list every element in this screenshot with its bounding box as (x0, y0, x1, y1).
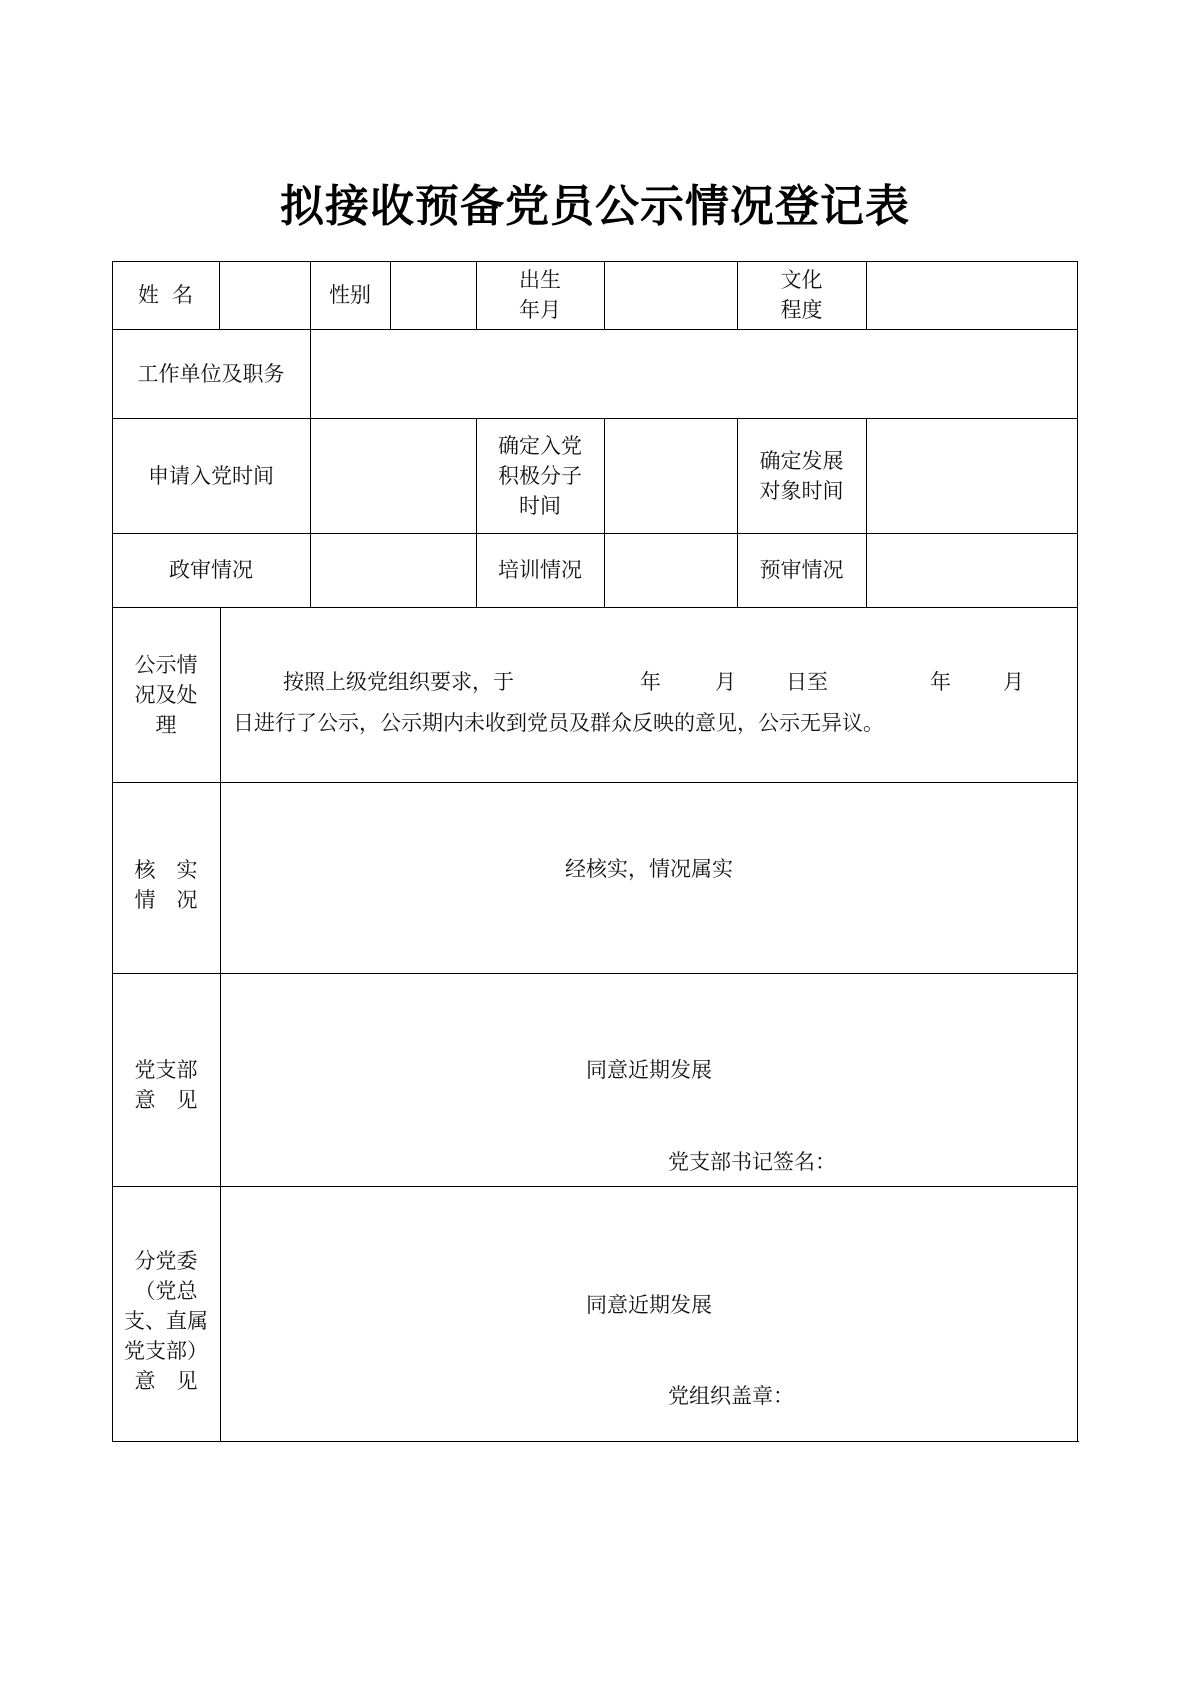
publicity-label-text: 公示情 况及处 理 (135, 650, 198, 740)
publicity-day-to: 日至 (786, 667, 828, 697)
publicity-month2: 月 (1003, 667, 1024, 697)
education-label-text: 文化 程度 (781, 265, 823, 325)
activist-time-label: 确定入党 积极分子 时间 (476, 418, 604, 533)
name-label-text: 姓 名 (138, 280, 193, 310)
workplace-label: 工作单位及职务 (112, 329, 310, 418)
branch-opinion-label: 党支部 意 见 (112, 973, 220, 1186)
publicity-line1-prefix: 按照上级党组织要求，于 (283, 667, 514, 697)
page-title: 拟接收预备党员公示情况登记表 (0, 170, 1190, 234)
publicity-year1: 年 (640, 667, 661, 697)
branch-opinion-label-text: 党支部 意 见 (135, 1055, 198, 1115)
pre-review-field[interactable] (866, 533, 1078, 607)
political-review-label-text: 政审情况 (169, 555, 253, 585)
pre-review-label-text: 预审情况 (760, 555, 844, 585)
political-review-field[interactable] (310, 533, 476, 607)
party-seal-label: 党组织盖章： (668, 1381, 794, 1411)
gender-label-text: 性别 (329, 280, 371, 310)
name-label: 姓 名 (112, 261, 219, 329)
name-field[interactable] (219, 261, 310, 329)
candidate-time-label-text: 确定发展 对象时间 (760, 446, 844, 506)
gender-label: 性别 (310, 261, 390, 329)
workplace-field[interactable] (310, 329, 1078, 418)
candidate-time-label: 确定发展 对象时间 (737, 418, 866, 533)
birth-label-text: 出生 年月 (519, 265, 561, 325)
education-label: 文化 程度 (737, 261, 866, 329)
training-field[interactable] (604, 533, 737, 607)
gender-field[interactable] (390, 261, 476, 329)
branch-opinion-text: 同意近期发展 (220, 1055, 1078, 1085)
publicity-month1: 月 (715, 667, 736, 697)
activist-time-label-text: 确定入党 积极分子 时间 (498, 431, 582, 521)
verification-label-text: 核 实 情 况 (135, 855, 198, 915)
branch-secretary-signature-label: 党支部书记签名： (668, 1147, 836, 1177)
training-label: 培训情况 (476, 533, 604, 607)
committee-opinion-label-text: 分党委 （党总 支、直属 党支部） 意 见 (124, 1246, 208, 1396)
row-divider (112, 1186, 1078, 1187)
education-field[interactable] (866, 261, 1078, 329)
committee-opinion-text: 同意近期发展 (220, 1290, 1078, 1320)
training-label-text: 培训情况 (498, 555, 582, 585)
verification-label: 核 实 情 况 (112, 782, 220, 973)
pre-review-label: 预审情况 (737, 533, 866, 607)
committee-opinion-label: 分党委 （党总 支、直属 党支部） 意 见 (112, 1186, 220, 1441)
apply-time-field[interactable] (310, 418, 476, 533)
activist-time-field[interactable] (604, 418, 737, 533)
birth-label: 出生 年月 (476, 261, 604, 329)
workplace-label-text: 工作单位及职务 (138, 359, 285, 389)
row-divider (112, 782, 1078, 783)
apply-time-label-text: 申请入党时间 (148, 461, 274, 491)
political-review-label: 政审情况 (112, 533, 310, 607)
verification-text: 经核实，情况属实 (220, 854, 1078, 884)
candidate-time-field[interactable] (866, 418, 1078, 533)
publicity-year2: 年 (930, 667, 951, 697)
publicity-label: 公示情 况及处 理 (112, 607, 220, 782)
row-divider (112, 973, 1078, 974)
apply-time-label: 申请入党时间 (112, 418, 310, 533)
publicity-line2: 日进行了公示，公示期内未收到党员及群众反映的意见，公示无异议。 (233, 708, 884, 738)
row-divider (112, 607, 1078, 608)
birth-field[interactable] (604, 261, 737, 329)
table-border-bottom (112, 1441, 1079, 1442)
